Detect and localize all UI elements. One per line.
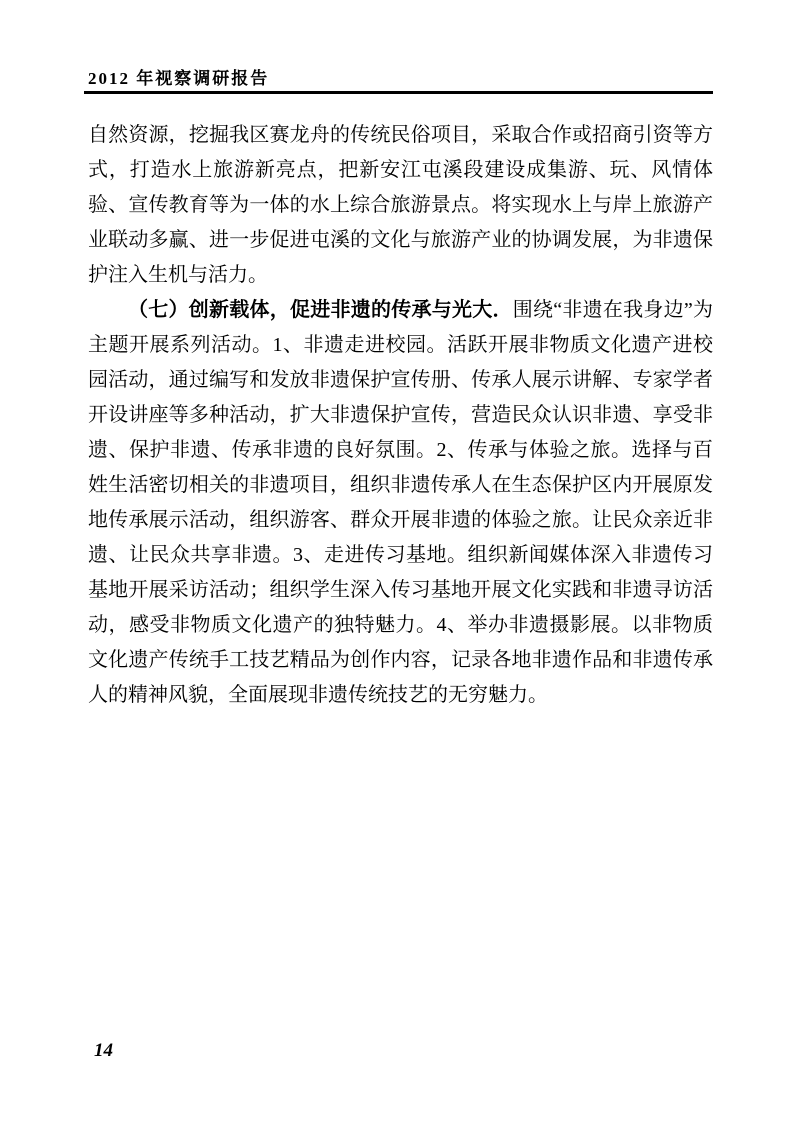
document-page: 2012 年视察调研报告 自然资源，挖掘我区赛龙舟的传统民俗项目，采取合作或招商… <box>0 0 803 1133</box>
header-rule <box>84 91 713 94</box>
paragraph-text: 围绕“非遗在我身边”为主题开展系列活动。1、非遗走进校园。活跃开展非物质文化遗产… <box>88 299 713 706</box>
paragraph-bold-heading: （七）创新载体，促进非遗的传承与光大． <box>128 299 513 321</box>
document-body: 自然资源，挖掘我区赛龙舟的传统民俗项目，采取合作或招商引资等方式，打造水上旅游新… <box>88 118 713 713</box>
paragraph: （七）创新载体，促进非遗的传承与光大．围绕“非遗在我身边”为主题开展系列活动。1… <box>88 293 713 713</box>
page-header-title: 2012 年视察调研报告 <box>88 64 269 89</box>
paragraph-text: 自然资源，挖掘我区赛龙舟的传统民俗项目，采取合作或招商引资等方式，打造水上旅游新… <box>88 124 713 286</box>
paragraph: 自然资源，挖掘我区赛龙舟的传统民俗项目，采取合作或招商引资等方式，打造水上旅游新… <box>88 118 713 293</box>
page-number: 14 <box>94 1040 113 1062</box>
